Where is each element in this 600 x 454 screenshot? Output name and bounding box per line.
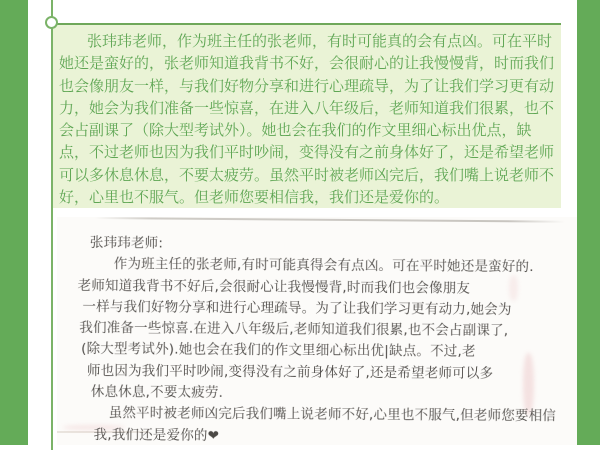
left-accent-bar xyxy=(0,0,28,445)
typed-note-line: 张玮玮老师，作为班主任的张老师，有时可能真的会有点凶。可在平时 xyxy=(59,30,555,52)
article-page: 张玮玮老师，作为班主任的张老师，有时可能真的会有点凶。可在平时她还是蛮好的，张老… xyxy=(0,0,600,454)
right-accent-bar xyxy=(577,0,600,445)
typed-note-line: 也会像朋友一样，与我们好物分享和进行心理疏导，为了让我们学习更有动 xyxy=(59,75,555,97)
handwritten-line: 我,我们还是爱你的❤ xyxy=(93,423,575,448)
typed-note-box: 张玮玮老师，作为班主任的张老师，有时可能真的会有点凶。可在平时她还是蛮好的，张老… xyxy=(53,23,561,208)
handwritten-text-block: 张玮玮老师:作为班主任的张老师,有时可能真得会有点凶。可在平时她还是蛮好的.老师… xyxy=(55,217,577,449)
typed-note-line: 会占副课了（除大型考试外）。她也会在我们的作文里细心标出优点，缺 xyxy=(59,119,555,141)
handwritten-letter-scan: 张玮玮老师:作为班主任的张老师,有时可能真得会有点凶。可在平时她还是蛮好的.老师… xyxy=(57,217,577,445)
typed-note-line: 她还是蛮好的，张老师知道我背书不好，会很耐心的让我慢慢背，时而我们 xyxy=(59,52,555,74)
typed-note-line: 可以多休息休息，不要太疲劳。虽然平时被老师凶完后，我们嘴上说老师不 xyxy=(59,164,555,186)
typed-note-line: 点，不过老师也因为我们平时吵闹，变得没有之前身体好了，还是希望老师 xyxy=(59,141,555,163)
typed-note-line: 好，心里也不服气。但老师您要相信我，我们还是爱你的。 xyxy=(59,186,555,208)
typed-note-line: 力，她会为我们准备一些惊喜，在进入八年级后，老师知道我们很累，也不 xyxy=(59,97,555,119)
anchor-circle-icon xyxy=(45,16,58,29)
